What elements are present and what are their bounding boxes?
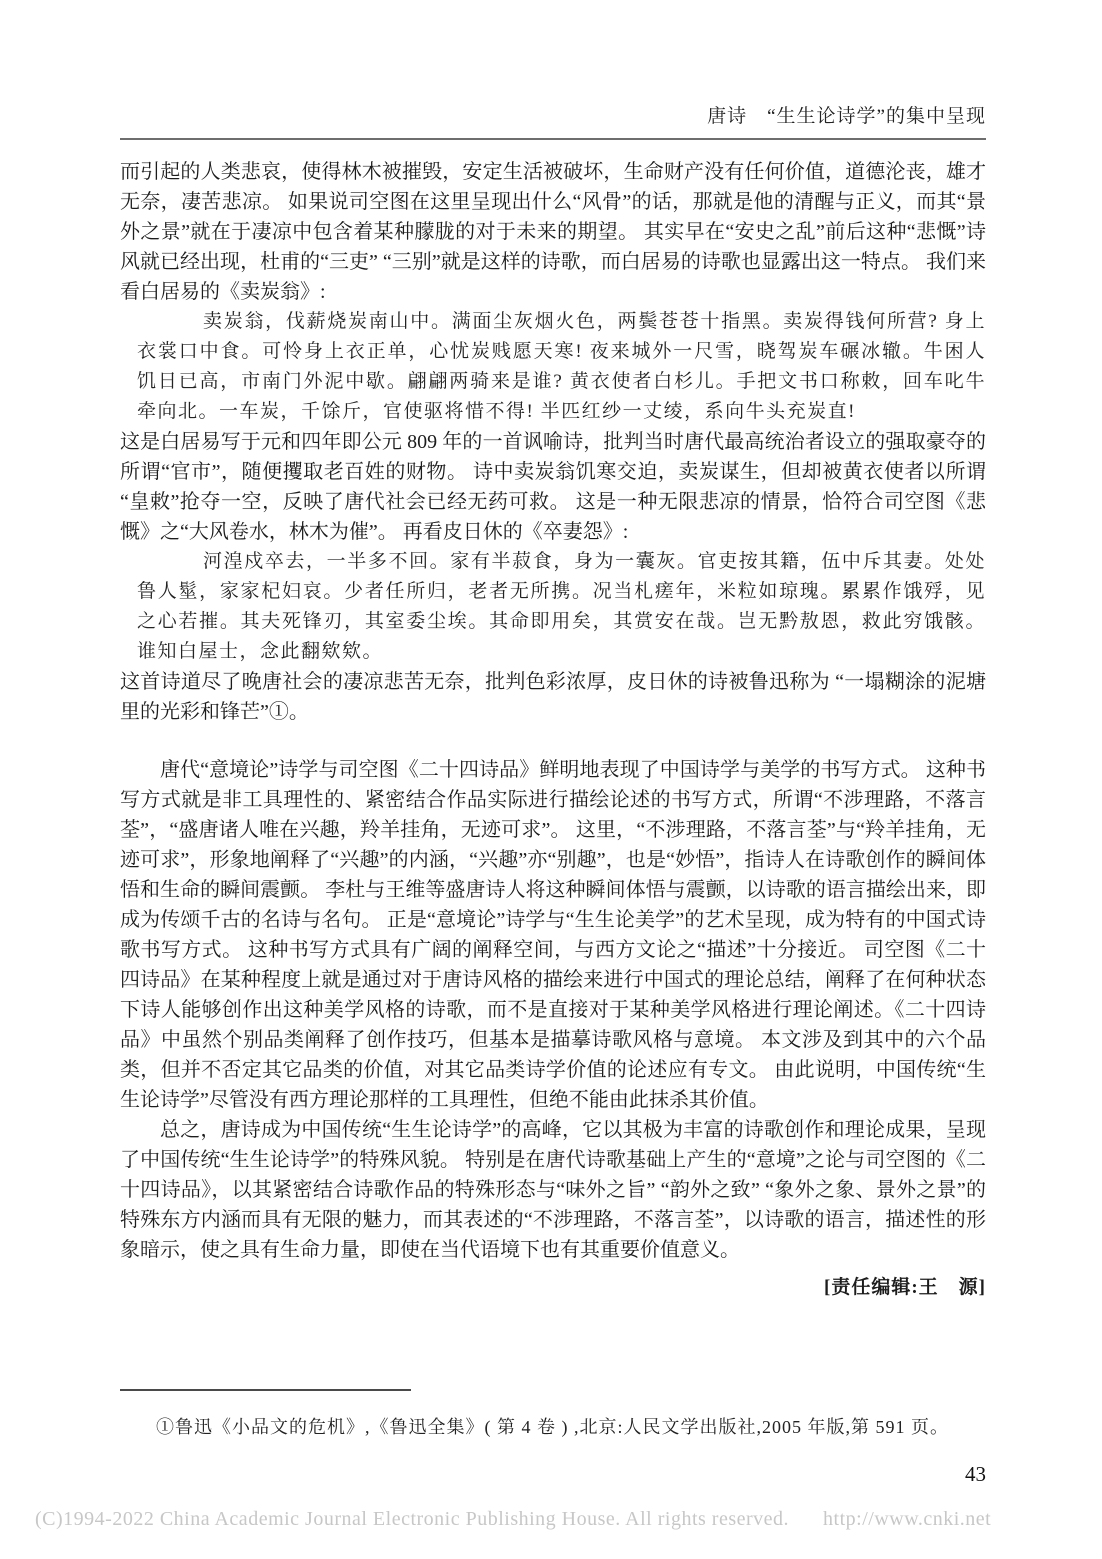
footnote-1: ①鲁迅《小品文的危机》,《鲁迅全集》( 第 4 卷 ) ,北京:人民文学出版社,… <box>120 1413 986 1441</box>
responsible-editor-label: [责任编辑:王 源] <box>120 1273 986 1303</box>
cnki-url: http://www.cnki.net <box>823 1508 991 1530</box>
paragraph-conclusion: 总之，唐诗成为中国传统“生生论诗学”的高峰，它以其极为丰富的诗歌创作和理论成果，… <box>120 1115 986 1265</box>
page-content: 唐诗 “生生论诗学”的集中呈现 而引起的人类悲哀，使得林木被摧毁，安定生活被破坏… <box>120 0 986 1489</box>
paragraph-continuation: 而引起的人类悲哀，使得林木被摧毁，安定生活被破坏，生命财产没有任何价值，道德沦丧… <box>120 157 986 307</box>
article-body: 而引起的人类悲哀，使得林木被摧毁，安定生活被破坏，生命财产没有任何价值，道德沦丧… <box>120 157 986 1489</box>
paragraph-analysis-piyixiu: 这首诗道尽了晚唐社会的凄凉悲苦无奈，批判色彩浓厚，皮日休的诗被鲁迅称为 “一塌糊… <box>120 667 986 727</box>
page-number: 43 <box>120 1459 986 1489</box>
running-head-title: 唐诗 “生生论诗学”的集中呈现 <box>120 101 986 140</box>
poem-quote-maitanweng: 卖炭翁，伐薪烧炭南山中。满面尘灰烟火色，两鬓苍苍十指黑。卖炭得钱何所营? 身上衣… <box>137 307 986 427</box>
journal-page: 唐诗 “生生论诗学”的集中呈现 而引起的人类悲哀，使得林木被摧毁，安定生活被破坏… <box>0 0 1102 1559</box>
paragraph-analysis-maitanweng: 这是白居易写于元和四年即公元 809 年的一首讽喻诗，批判当时唐代最高统治者设立… <box>120 427 986 547</box>
copyright-text: (C)1994-2022 China Academic Journal Elec… <box>35 1508 789 1530</box>
poem-quote-zuqiyuan: 河湟戍卒去，一半多不回。家有半菽食，身为一囊灰。官吏按其籍，伍中斥其妻。处处鲁人… <box>137 547 986 667</box>
cnki-copyright-bar: (C)1994-2022 China Academic Journal Elec… <box>35 1508 1085 1531</box>
paragraph-yijinglun: 唐代“意境论”诗学与司空图《二十四诗品》鲜明地表现了中国诗学与美学的书写方式。 … <box>120 755 986 1115</box>
footnote-divider <box>120 1389 411 1391</box>
